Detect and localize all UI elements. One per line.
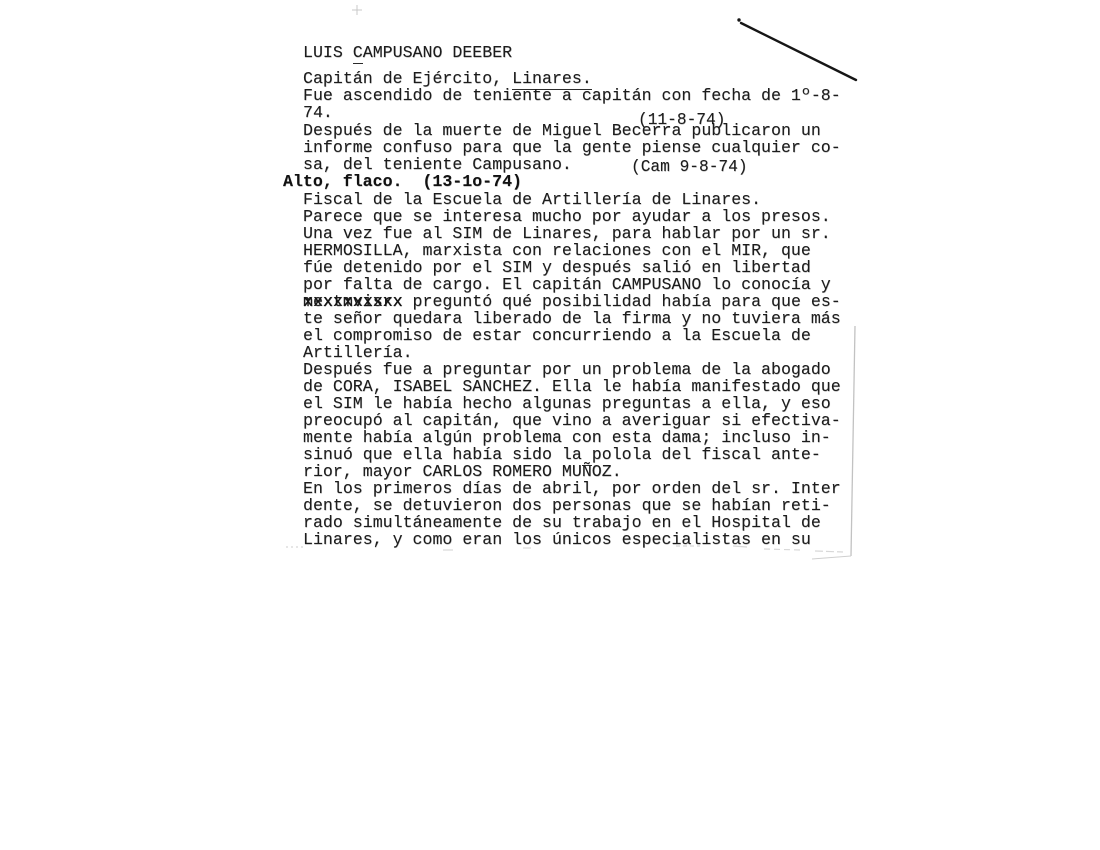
margin-date-annotation: (Cam 9-8-74): [631, 159, 748, 176]
text-line: 74.: [303, 104, 333, 121]
text-line-with-overstrike: mextmvisrxxxxxxxxxxx preguntó qué posibi…: [303, 293, 841, 310]
text-line: informe confuso para que la gente piense…: [303, 139, 841, 156]
text-line: Después fue a preguntar por un problema …: [303, 361, 831, 378]
text-line: Una vez fue al SIM de Linares, para habl…: [303, 225, 831, 242]
text-line: Fiscal de la Escuela de Artillería de Li…: [303, 191, 761, 208]
pen-stroke-icon: [737, 18, 856, 80]
title-pre: LUIS: [303, 43, 353, 62]
text-line: Fue ascendido de teniente a capitán con …: [303, 87, 841, 104]
text-line: rado simultáneamente de su trabajo en el…: [303, 514, 821, 531]
overstrike-xs: xxxxxxxxxx: [303, 293, 403, 310]
text-line: preocupó al capitán, que vino a averigua…: [303, 412, 841, 429]
text-line: rior, mayor CARLOS ROMERO MUÑOZ.: [303, 463, 622, 480]
text-line: dente, se detuvieron dos personas que se…: [303, 497, 831, 514]
text-line: Artillería.: [303, 344, 413, 361]
text-line-bold: Alto, flaco. (13-1o-74): [283, 173, 522, 190]
text-line: Capitán de Ejército, Linares.: [303, 70, 592, 87]
text-line: mente había algún problema con esta dama…: [303, 429, 831, 446]
text-line: Parece que se interesa mucho por ayudar …: [303, 208, 831, 225]
title-underlined-letter: C: [353, 43, 363, 64]
overstruck-word: mextmvisrxxxxxxxxxxx: [303, 293, 403, 310]
text-line: fúe detenido por el SIM y después salió …: [303, 259, 811, 276]
text-line: Linares, y como eran los únicos especial…: [303, 531, 811, 548]
title-post: AMPUSANO DEEBER: [363, 43, 512, 62]
text-line: el compromiso de estar concurriendo a la…: [303, 327, 811, 344]
text-line: sa, del teniente Campusano.: [303, 156, 572, 173]
line-post: polola del fiscal ante-: [592, 445, 821, 464]
text-line: de CORA, ISABEL SANCHEZ. Ella le había m…: [303, 378, 841, 395]
text-line: el SIM le había hecho algunas preguntas …: [303, 395, 831, 412]
text-line: En los primeros días de abril, por orden…: [303, 480, 841, 497]
scanned-document-page: LUIS CAMPUSANO DEEBER Capitán de Ejércit…: [0, 0, 1100, 850]
text-line: por falta de cargo. El capitán CAMPUSANO…: [303, 276, 831, 293]
registration-cross-icon: [352, 5, 362, 15]
text-line: Después de la muerte de Miguel Becerra p…: [303, 122, 821, 139]
text-line: sinuó que ella había sido la polola del …: [303, 446, 821, 463]
text-line: HERMOSILLA, marxista con relaciones con …: [303, 242, 811, 259]
text-line: te señor quedara liberado de la firma y …: [303, 310, 841, 327]
document-title: LUIS CAMPUSANO DEEBER: [303, 44, 512, 61]
